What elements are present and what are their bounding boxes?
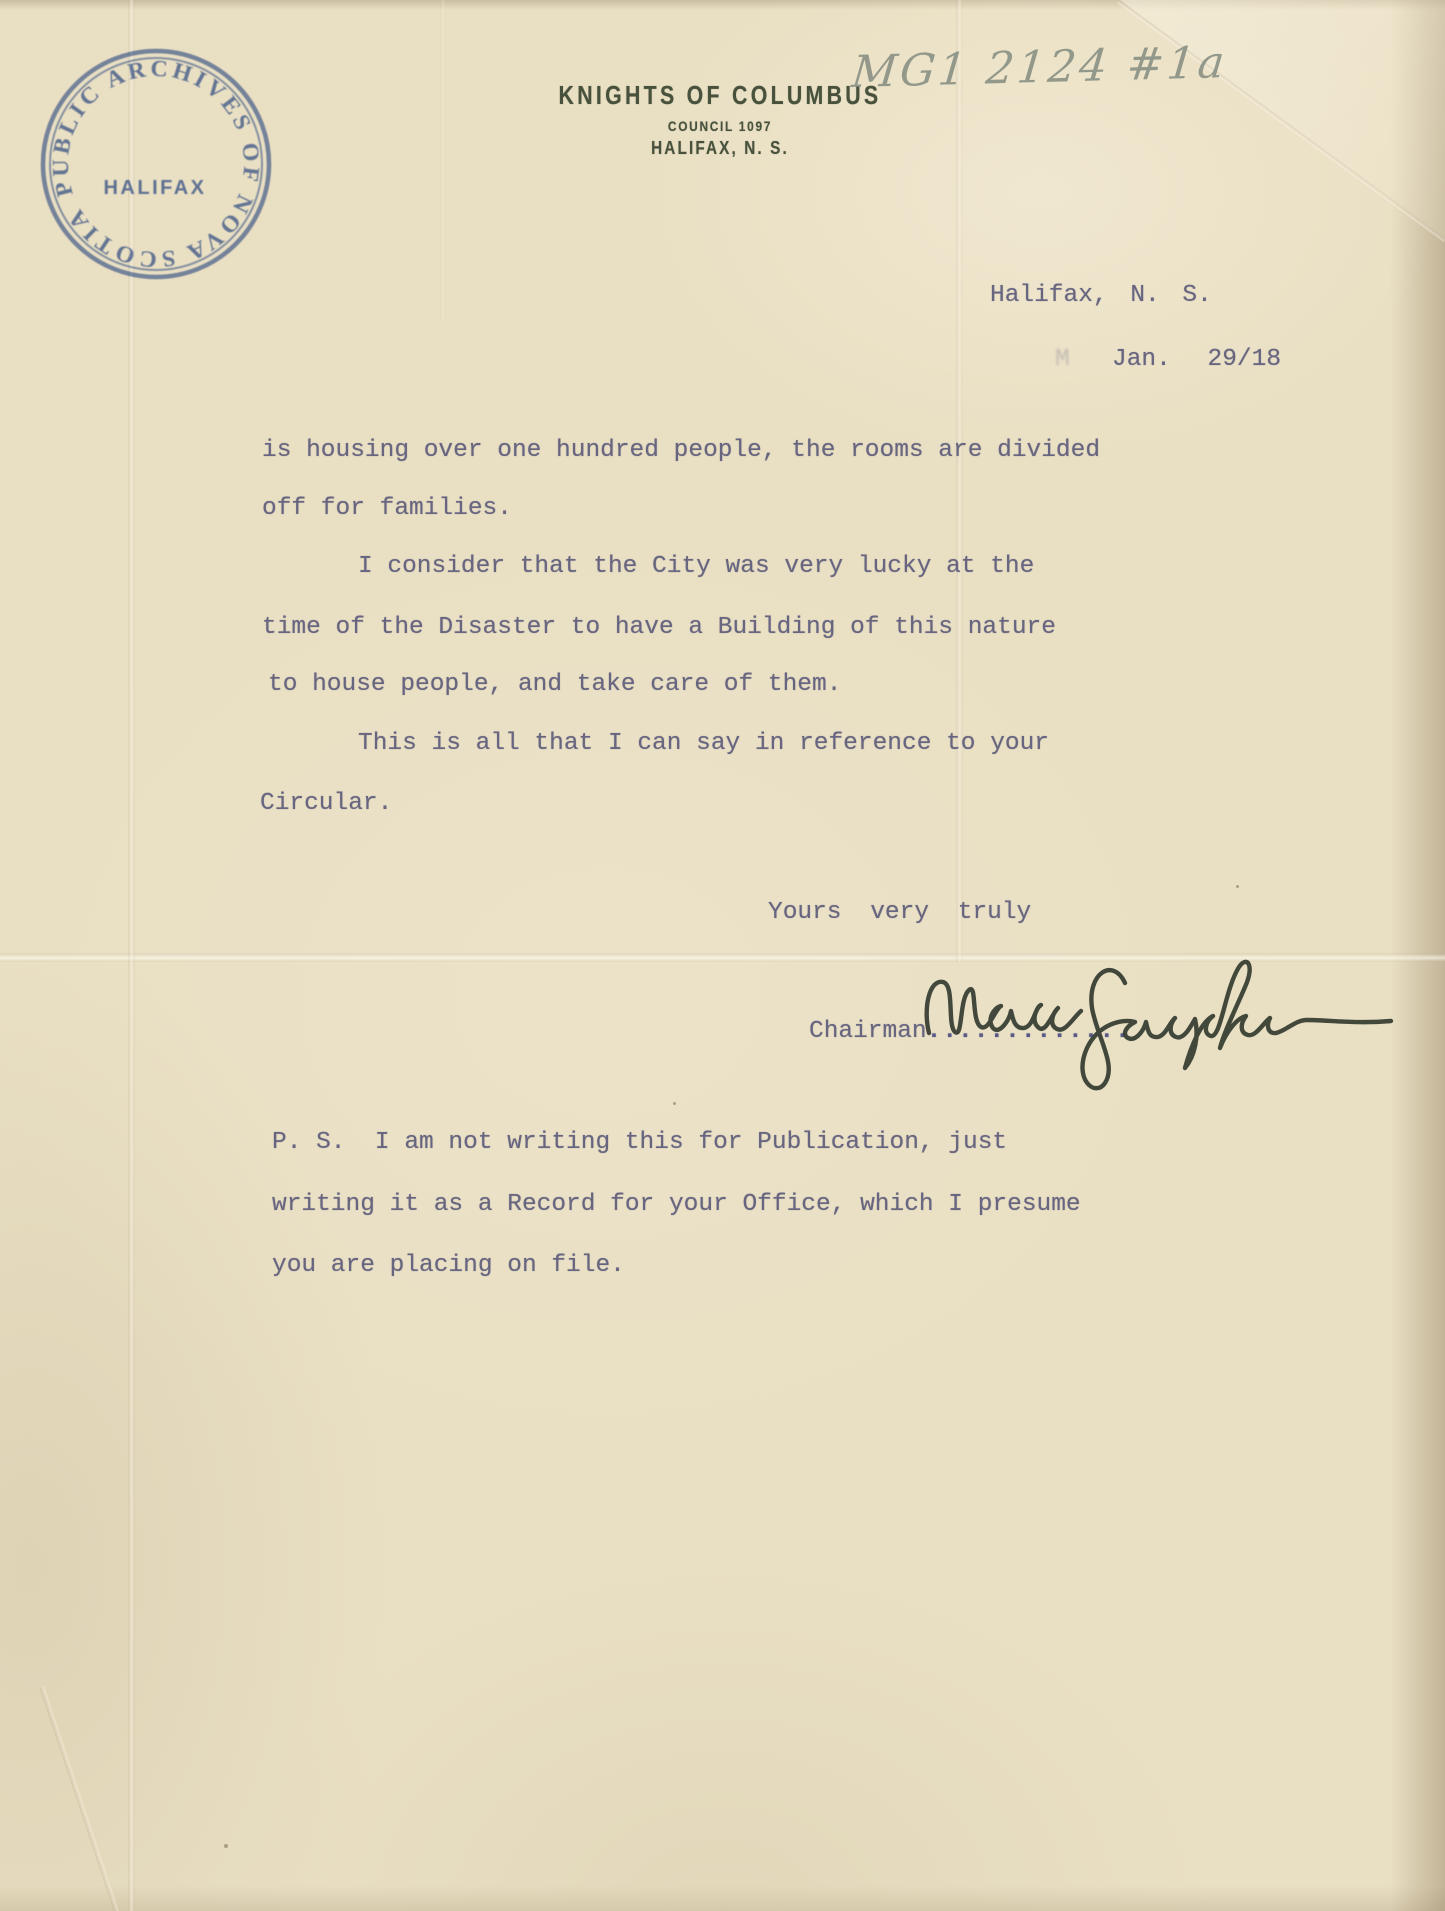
signature-stroke-initials: [927, 982, 1081, 1033]
stamp-outer-ring: [43, 51, 269, 277]
top-right-corner-fold: [1120, 0, 1445, 240]
bottom-left-corner-crease: [39, 1686, 119, 1911]
paper-speck: [673, 1102, 676, 1105]
body-line: I consider that the City was very lucky …: [358, 552, 1034, 582]
body-line: Circular.: [260, 789, 392, 819]
body-line: is housing over one hundred people, the …: [262, 436, 1100, 466]
paper-speck: [224, 1844, 228, 1848]
paper-speck: [1236, 885, 1239, 888]
ink-ghost-mark: M: [1055, 345, 1070, 375]
letter-document-page: PUBLIC ARCHIVES OF NOVA SCOTIA HALIFAX K…: [0, 0, 1445, 1911]
stamp-ring-text: PUBLIC ARCHIVES OF NOVA SCOTIA: [48, 56, 265, 273]
letter-date: Jan. 29/18: [1112, 345, 1281, 375]
postscript-line: you are placing on file.: [272, 1251, 625, 1281]
body-line: time of the Disaster to have a Building …: [262, 613, 1056, 643]
closing-salutation: Yours very truly: [768, 898, 1031, 928]
stamp-center-text: HALIFAX: [103, 177, 206, 199]
handwritten-signature: [893, 925, 1421, 1110]
top-right-fold-crease: [1118, 0, 1445, 242]
upper-vertical-crease: [440, 0, 446, 320]
body-line: off for families.: [262, 494, 512, 524]
postscript-line: writing it as a Record for your Office, …: [272, 1190, 1081, 1220]
left-vertical-crease: [128, 0, 135, 1911]
body-line: to house people, and take care of them.: [268, 670, 841, 700]
pencil-reference-number: MG1 2124 #1a: [850, 37, 1230, 98]
letterhead-council: COUNCIL 1097: [474, 118, 967, 134]
signature-stroke-surname: [1082, 962, 1391, 1088]
postscript-line: P. S. I am not writing this for Publicat…: [272, 1128, 1007, 1158]
body-line: This is all that I can say in reference …: [358, 729, 1049, 759]
letterhead-location: HALIFAX, N. S.: [474, 138, 967, 159]
letter-place: Halifax, N. S.: [990, 281, 1212, 311]
archive-stamp: PUBLIC ARCHIVES OF NOVA SCOTIA HALIFAX: [36, 44, 276, 284]
